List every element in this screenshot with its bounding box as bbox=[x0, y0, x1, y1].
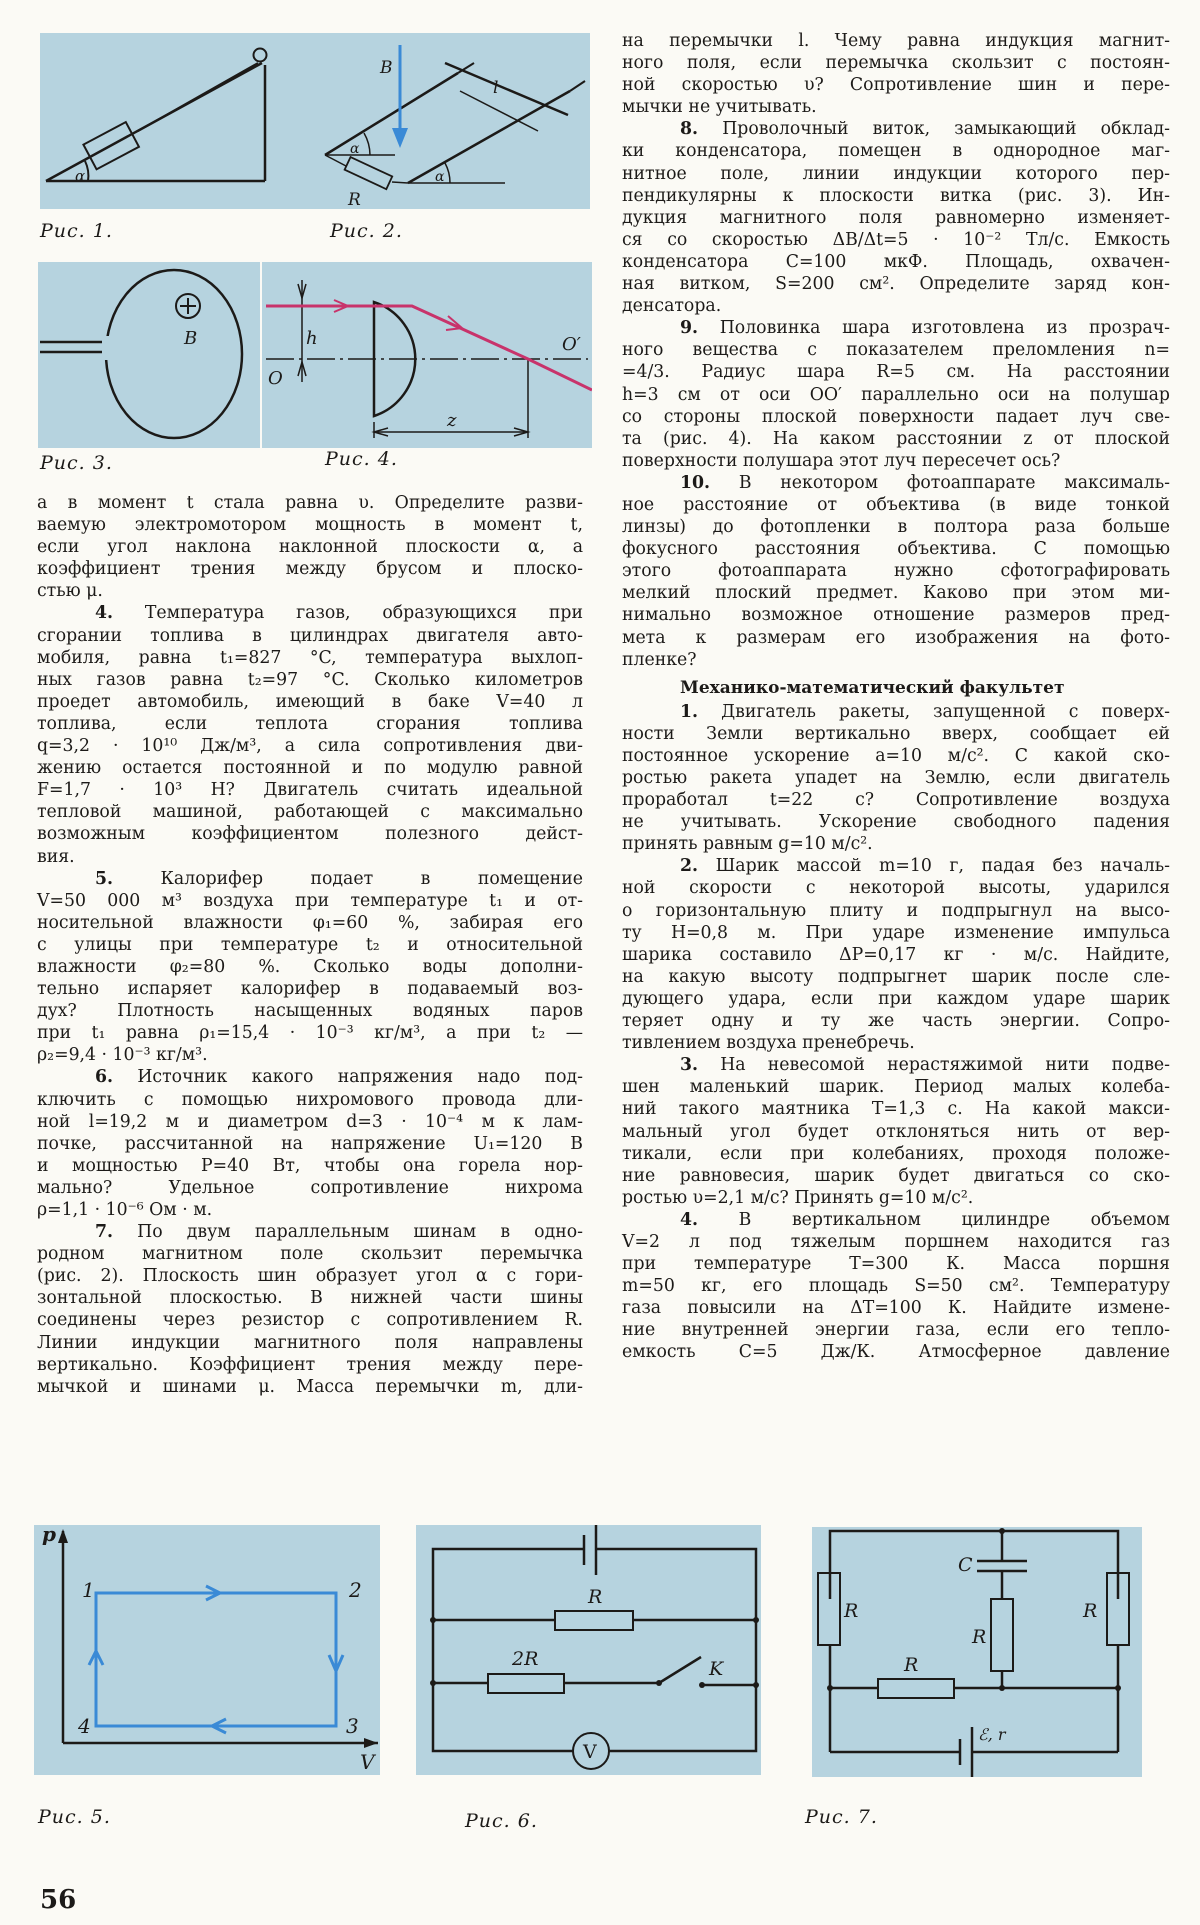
left-column: а в момент t стала равна υ. Определите р… bbox=[37, 492, 583, 1398]
figure-6-label-R: R bbox=[587, 1586, 602, 1608]
mechmath-problem-3: 3. На невесомой нерастяжимой нити подве-… bbox=[622, 1054, 1170, 1209]
figure-5-point-1: 1 bbox=[82, 1578, 95, 1602]
figure-7-label-R-bottom: R bbox=[903, 1654, 918, 1676]
problem-number: 10. bbox=[680, 473, 710, 493]
figure-2-label-alpha-bottom: α bbox=[435, 169, 445, 185]
problem-number: 2. bbox=[680, 856, 698, 876]
problem-number: 3. bbox=[680, 1055, 698, 1075]
section-title: Механико-математический факультет bbox=[622, 677, 1170, 701]
figure-5-caption: Рис. 5. bbox=[38, 1806, 111, 1828]
problem-8: 8. Проволочный виток, замыкающий обклад-… bbox=[622, 118, 1170, 317]
figure-2-label-alpha-top: α bbox=[350, 141, 360, 157]
mechmath-problem-4: 4. В вертикальном цилиндре объемом V=2 л… bbox=[622, 1209, 1170, 1364]
mechmath-problem-1: 1. Двигатель ракеты, запущенной с поверх… bbox=[622, 701, 1170, 856]
figure-7-label-R-left: R bbox=[843, 1600, 858, 1622]
figure-2-label-R: R bbox=[347, 190, 361, 209]
problem-number: 4. bbox=[95, 603, 113, 623]
problem-10: 10. В некотором фотоаппарате максималь- … bbox=[622, 472, 1170, 671]
problem-number: 5. bbox=[95, 869, 113, 889]
problem-6: 6. Источник какого напряжения надо под- … bbox=[37, 1066, 583, 1221]
figure-7-label-C: C bbox=[958, 1554, 973, 1576]
figure-7-circuit: C R R R R ℰ, r bbox=[812, 1527, 1142, 1777]
figure-1-caption: Рис. 1. bbox=[40, 220, 113, 242]
figure-2-caption: Рис. 2. bbox=[330, 220, 403, 242]
problem-7-continuation: на перемычки l. Чему равна индукция магн… bbox=[622, 30, 1170, 118]
figure-5-axis-V: V bbox=[360, 1750, 377, 1774]
figure-2-rails: B l α α R bbox=[300, 33, 590, 209]
figure-6-caption: Рис. 6. bbox=[465, 1810, 538, 1832]
figure-5-point-3: 3 bbox=[346, 1714, 359, 1738]
figure-5-point-4: 4 bbox=[77, 1714, 91, 1738]
problem-7: 7. По двум параллельным шинам в одно- ро… bbox=[37, 1221, 583, 1398]
figure-4-label-z: z bbox=[446, 410, 457, 431]
figure-6-voltmeter-V: V bbox=[582, 1741, 597, 1763]
figure-1-label-alpha: α bbox=[75, 167, 85, 185]
figure-4-caption: Рис. 4. bbox=[325, 448, 398, 470]
figure-6-label-K: K bbox=[708, 1658, 725, 1680]
figure-3-loop-capacitor: B bbox=[38, 262, 260, 448]
figure-6-circuit: R 2R K V bbox=[416, 1525, 761, 1775]
right-column: на перемычки l. Чему равна индукция магн… bbox=[622, 30, 1170, 1364]
figure-4-label-h: h bbox=[306, 328, 318, 349]
problem-number: 7. bbox=[95, 1222, 113, 1242]
problem-5: 5. Калорифер подает в помещение V=50 000… bbox=[37, 868, 583, 1067]
figure-4-label-O-prime: O′ bbox=[562, 334, 581, 355]
problem-4: 4. Температура газов, образующихся при с… bbox=[37, 602, 583, 867]
problem-number: 6. bbox=[95, 1067, 113, 1087]
figure-6-label-2R: 2R bbox=[511, 1648, 538, 1670]
problem-number: 8. bbox=[680, 119, 698, 139]
figure-3-label-B: B bbox=[183, 328, 197, 349]
problem-number: 4. bbox=[680, 1210, 698, 1230]
page-number: 56 bbox=[40, 1885, 76, 1915]
figure-1-incline: α bbox=[40, 33, 318, 209]
figure-2-label-l: l bbox=[493, 78, 498, 98]
problem-number: 1. bbox=[680, 702, 698, 722]
figure-5-axis-p: p bbox=[42, 1525, 56, 1546]
problem-9: 9. Половинка шара изготовлена из прозрач… bbox=[622, 317, 1170, 472]
figure-5-point-2: 2 bbox=[348, 1578, 362, 1602]
problem-number: 9. bbox=[680, 318, 698, 338]
figure-3-caption: Рис. 3. bbox=[40, 452, 113, 474]
problem-3-continuation: а в момент t стала равна υ. Определите р… bbox=[37, 492, 583, 602]
figure-5-pv-cycle: p V 1 2 3 4 bbox=[34, 1525, 380, 1775]
mechmath-problem-2: 2. Шарик массой m=10 г, падая без началь… bbox=[622, 855, 1170, 1054]
figure-7-caption: Рис. 7. bbox=[805, 1806, 878, 1828]
figure-7-label-R-right: R bbox=[1082, 1600, 1097, 1622]
figure-7-label-emf: ℰ, r bbox=[978, 1725, 1007, 1744]
figure-2-label-B: B bbox=[379, 58, 393, 78]
figure-4-hemisphere-ray: h O O′ z bbox=[262, 262, 592, 448]
figure-7-label-R-middle: R bbox=[971, 1626, 986, 1648]
figure-4-label-O: O bbox=[268, 368, 283, 389]
